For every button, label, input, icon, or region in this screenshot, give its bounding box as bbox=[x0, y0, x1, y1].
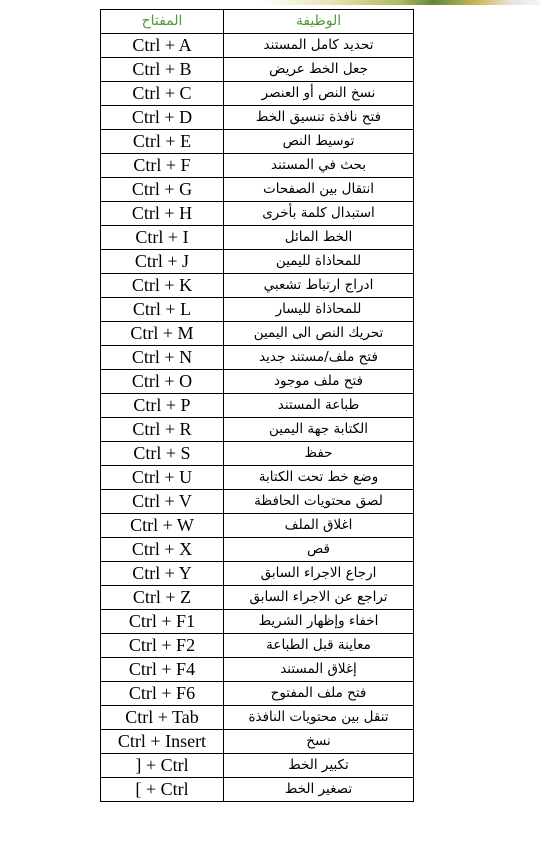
shortcut-key: Ctrl + U bbox=[101, 466, 224, 490]
shortcut-key: Ctrl + S bbox=[101, 442, 224, 466]
table-row: Ctrl + Vلصق محتويات الحافظة bbox=[101, 490, 414, 514]
table-row: Ctrl + F6فتح ملف المفتوح bbox=[101, 682, 414, 706]
table-row: Ctrl + Tabتنقل بين محتويات النافذة bbox=[101, 706, 414, 730]
table-row: Ctrl + Rالكتابة جهة اليمين bbox=[101, 418, 414, 442]
table-row: Ctrl + Zتراجع عن الاجراء السابق bbox=[101, 586, 414, 610]
shortcut-key: Ctrl + Tab bbox=[101, 706, 224, 730]
shortcut-function: الكتابة جهة اليمين bbox=[224, 418, 414, 442]
shortcut-function: لصق محتويات الحافظة bbox=[224, 490, 414, 514]
shortcut-function: تنقل بين محتويات النافذة bbox=[224, 706, 414, 730]
shortcut-function: اخفاء وإظهار الشريط bbox=[224, 610, 414, 634]
shortcut-function: استبدال كلمة بأخرى bbox=[224, 202, 414, 226]
table-row: Ctrl + Wاغلاق الملف bbox=[101, 514, 414, 538]
shortcut-key: Ctrl + R bbox=[101, 418, 224, 442]
shortcut-function: اغلاق الملف bbox=[224, 514, 414, 538]
header-key: المفتاح bbox=[101, 10, 224, 34]
shortcut-function: تحديد كامل المستند bbox=[224, 34, 414, 58]
shortcut-key: Ctrl + H bbox=[101, 202, 224, 226]
shortcut-function: تراجع عن الاجراء السابق bbox=[224, 586, 414, 610]
table-row: Ctrl + Cنسخ النص أو العنصر bbox=[101, 82, 414, 106]
table-row: Ctrl + Sحفظ bbox=[101, 442, 414, 466]
shortcut-function: طباعة المستند bbox=[224, 394, 414, 418]
table-row: Ctrl + Dفتح نافذة تنسيق الخط bbox=[101, 106, 414, 130]
shortcut-key: Ctrl + L bbox=[101, 298, 224, 322]
shortcut-key: Ctrl + O bbox=[101, 370, 224, 394]
header-function: الوظيفة bbox=[224, 10, 414, 34]
shortcut-function: للمحاذاة لليسار bbox=[224, 298, 414, 322]
table-row: Ctrl + Uوضع خط تحت الكتابة bbox=[101, 466, 414, 490]
table-row: Ctrl + Lللمحاذاة لليسار bbox=[101, 298, 414, 322]
shortcut-function: بحث في المستند bbox=[224, 154, 414, 178]
table-row: Ctrl + Gانتقال بين الصفحات bbox=[101, 178, 414, 202]
shortcut-key: Ctrl + E bbox=[101, 130, 224, 154]
table-row: [ + Ctrlتصغير الخط bbox=[101, 778, 414, 802]
table-row: Ctrl + Pطباعة المستند bbox=[101, 394, 414, 418]
shortcut-function: وضع خط تحت الكتابة bbox=[224, 466, 414, 490]
shortcut-function: للمحاذاة لليمين bbox=[224, 250, 414, 274]
shortcut-function: تصغير الخط bbox=[224, 778, 414, 802]
shortcut-function: الخط المائل bbox=[224, 226, 414, 250]
shortcut-function: تحريك النص الى اليمين bbox=[224, 322, 414, 346]
shortcut-key: Ctrl + F bbox=[101, 154, 224, 178]
table-row: Ctrl + Bجعل الخط عريض bbox=[101, 58, 414, 82]
table-row: Ctrl + Hاستبدال كلمة بأخرى bbox=[101, 202, 414, 226]
shortcut-function: ادراج ارتباط تشعبي bbox=[224, 274, 414, 298]
shortcut-key: Ctrl + F4 bbox=[101, 658, 224, 682]
shortcut-key: Ctrl + Z bbox=[101, 586, 224, 610]
table-row: Ctrl + Aتحديد كامل المستند bbox=[101, 34, 414, 58]
shortcut-function: معاينة قبل الطباعة bbox=[224, 634, 414, 658]
shortcut-key: Ctrl + F1 bbox=[101, 610, 224, 634]
shortcut-key: Ctrl + K bbox=[101, 274, 224, 298]
shortcut-function: نسخ النص أو العنصر bbox=[224, 82, 414, 106]
shortcut-function: فتح ملف المفتوح bbox=[224, 682, 414, 706]
shortcut-key: Ctrl + W bbox=[101, 514, 224, 538]
shortcut-key: Ctrl + V bbox=[101, 490, 224, 514]
table-row: Ctrl + Fبحث في المستند bbox=[101, 154, 414, 178]
table-row: Ctrl + Jللمحاذاة لليمين bbox=[101, 250, 414, 274]
keyboard-shortcuts-table: المفتاح الوظيفة Ctrl + Aتحديد كامل المست… bbox=[100, 9, 414, 802]
shortcut-function: فتح ملف موجود bbox=[224, 370, 414, 394]
table-row: Ctrl + Oفتح ملف موجود bbox=[101, 370, 414, 394]
shortcut-function: توسيط النص bbox=[224, 130, 414, 154]
table-row: Ctrl + Kادراج ارتباط تشعبي bbox=[101, 274, 414, 298]
shortcut-key: Ctrl + G bbox=[101, 178, 224, 202]
table-row: Ctrl + Mتحريك النص الى اليمين bbox=[101, 322, 414, 346]
shortcut-function: نسخ bbox=[224, 730, 414, 754]
shortcut-key: Ctrl + Insert bbox=[101, 730, 224, 754]
shortcut-function: جعل الخط عريض bbox=[224, 58, 414, 82]
table-row: Ctrl + Yارجاع الاجراء السابق bbox=[101, 562, 414, 586]
top-decorative-banner bbox=[260, 0, 540, 5]
shortcut-key: Ctrl + I bbox=[101, 226, 224, 250]
shortcut-key: Ctrl + B bbox=[101, 58, 224, 82]
shortcut-function: حفظ bbox=[224, 442, 414, 466]
shortcut-key: Ctrl + J bbox=[101, 250, 224, 274]
shortcut-function: ارجاع الاجراء السابق bbox=[224, 562, 414, 586]
shortcut-key: ] + Ctrl bbox=[101, 754, 224, 778]
shortcut-key: Ctrl + M bbox=[101, 322, 224, 346]
shortcut-function: تكبير الخط bbox=[224, 754, 414, 778]
shortcut-key: Ctrl + C bbox=[101, 82, 224, 106]
table-row: Ctrl + Xقص bbox=[101, 538, 414, 562]
shortcut-function: إغلاق المستند bbox=[224, 658, 414, 682]
table-row: Ctrl + Iالخط المائل bbox=[101, 226, 414, 250]
shortcut-key: Ctrl + P bbox=[101, 394, 224, 418]
shortcut-key: Ctrl + Y bbox=[101, 562, 224, 586]
shortcut-function: فتح ملف/مستند جديد bbox=[224, 346, 414, 370]
table-row: Ctrl + F4إغلاق المستند bbox=[101, 658, 414, 682]
shortcut-key: Ctrl + D bbox=[101, 106, 224, 130]
shortcut-key: Ctrl + F2 bbox=[101, 634, 224, 658]
table-row: Ctrl + Nفتح ملف/مستند جديد bbox=[101, 346, 414, 370]
table-row: ] + Ctrlتكبير الخط bbox=[101, 754, 414, 778]
table-header-row: المفتاح الوظيفة bbox=[101, 10, 414, 34]
shortcut-key: [ + Ctrl bbox=[101, 778, 224, 802]
table-row: Ctrl + F1اخفاء وإظهار الشريط bbox=[101, 610, 414, 634]
shortcut-key: Ctrl + X bbox=[101, 538, 224, 562]
shortcut-key: Ctrl + N bbox=[101, 346, 224, 370]
table-body: Ctrl + Aتحديد كامل المستندCtrl + Bجعل ال… bbox=[101, 34, 414, 802]
table-row: Ctrl + F2معاينة قبل الطباعة bbox=[101, 634, 414, 658]
shortcut-function: فتح نافذة تنسيق الخط bbox=[224, 106, 414, 130]
shortcut-function: قص bbox=[224, 538, 414, 562]
shortcut-key: Ctrl + F6 bbox=[101, 682, 224, 706]
table-row: Ctrl + Insertنسخ bbox=[101, 730, 414, 754]
shortcut-function: انتقال بين الصفحات bbox=[224, 178, 414, 202]
table-row: Ctrl + Eتوسيط النص bbox=[101, 130, 414, 154]
shortcut-key: Ctrl + A bbox=[101, 34, 224, 58]
